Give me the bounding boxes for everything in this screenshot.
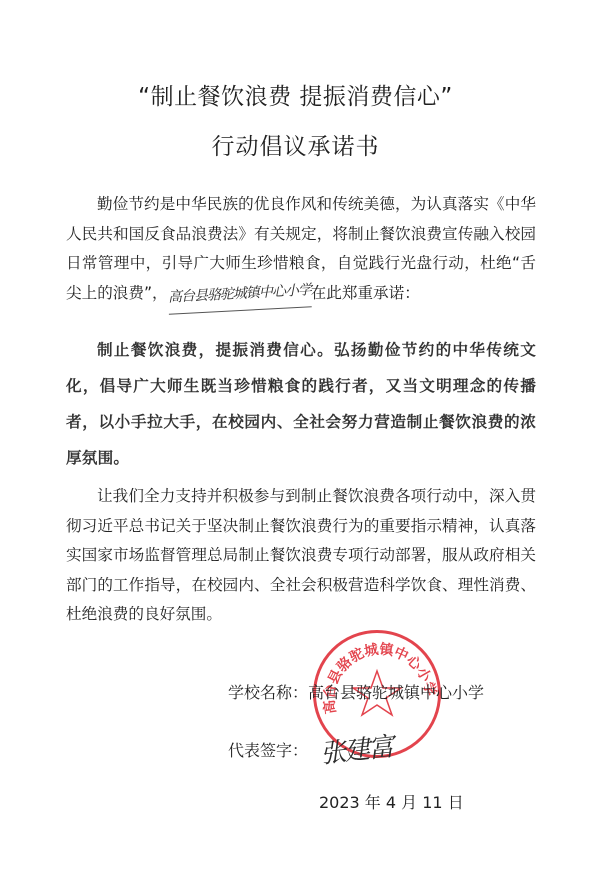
sign-label: 代表签字：: [228, 741, 308, 760]
paragraph-2: 制止餐饮浪费，提振消费信心。弘扬勤俭节约的中华传统文化，倡导广大师生既当珍惜粮食…: [66, 332, 536, 476]
school-label: 学校名称：: [228, 683, 308, 702]
paragraph-1: 勤俭节约是中华民族的优良作风和传统美德，为认真落实《中华人民共和国反食品浪费法》…: [66, 190, 536, 310]
handwritten-signature: 张建富: [318, 726, 393, 770]
date: 2023 年 4 月 11 日: [319, 790, 464, 813]
school-name: 高台县骆驼城镇中心小学: [308, 683, 484, 702]
title-line-1: “制止餐饮浪费 提振消费信心”: [0, 78, 591, 111]
handwritten-school-name: 高台县骆驼城镇中心小学: [167, 276, 311, 314]
title-line-2: 行动倡议承诺书: [0, 128, 591, 161]
school-name-row: 学校名称：高台县骆驼城镇中心小学: [228, 680, 484, 703]
signature-row: 代表签字：: [228, 738, 308, 761]
paragraph-1-end: 在此郑重承诺：: [311, 284, 420, 302]
paragraph-3: 让我们全力支持并积极参与到制止餐饮浪费各项行动中，深入贯彻习近平总书记关于坚决制…: [66, 482, 536, 630]
